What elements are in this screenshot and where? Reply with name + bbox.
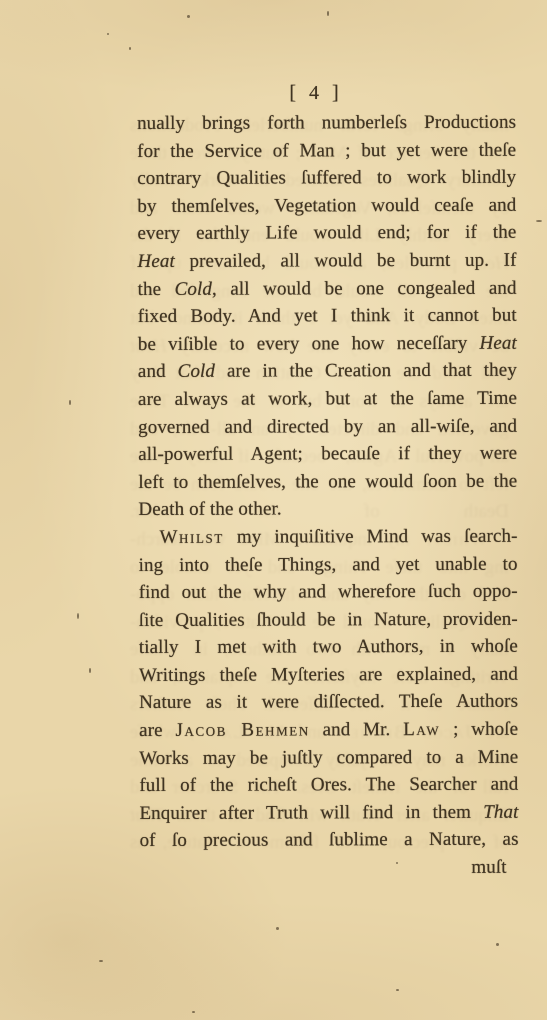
body-text: and [138, 361, 178, 382]
body-text: are [139, 720, 175, 741]
body-text: the [138, 278, 175, 299]
paper-speck [536, 220, 542, 222]
body-text: tially I met with two Authors, in whoſe [139, 636, 518, 658]
body-text: Nature as it were diſſected. Theſe Autho… [139, 691, 518, 713]
text-block: nually brings forth numberleſs Productio… [137, 109, 519, 883]
body-text: Writings theſe Myſteries are explained, … [139, 664, 518, 686]
text-line: be viſible to every one how neceſſary He… [138, 329, 517, 358]
text-line: and Cold are in the Creation and that th… [138, 357, 517, 386]
body-text: full of the richeſt Ores. The Searcher a… [139, 774, 518, 796]
body-text: every earthly Life would end; for if the [137, 222, 516, 244]
page-number: [ 4 ] [137, 82, 495, 105]
text-line: full of the richeſt Ores. The Searcher a… [139, 771, 518, 800]
body-text: left to themſelves, the one would ſoon b… [138, 470, 517, 492]
text-line: find out the why and wherefore ſuch oppo… [139, 578, 518, 607]
italic-text: Heat [479, 332, 516, 353]
body-text: by themſelves, Vegetation would ceaſe an… [137, 194, 516, 216]
body-text: prevailed, all would be burnt up. If [175, 250, 517, 272]
italic-text: Cold [175, 278, 212, 299]
body-text: , all would be one congealed and [212, 277, 517, 299]
paper-speck [89, 668, 91, 673]
text-line: ing into theſe Things, and yet unable to [139, 550, 518, 579]
body-text: ſite Qualities ſhould be in Nature, prov… [139, 608, 518, 630]
text-line: all-powerful Agent; becauſe if they were [138, 440, 517, 469]
body-text: find out the why and wherefore ſuch oppo… [139, 581, 518, 603]
body-text: be viſible to every one how neceſſary [138, 333, 480, 355]
text-line: Writings theſe Myſteries are explained, … [139, 661, 518, 690]
text-line: ſite Qualities ſhould be in Nature, prov… [139, 605, 518, 634]
paper-speck [69, 400, 71, 405]
body-text: ; whoſe [440, 719, 518, 740]
smallcaps-text: Whilst [159, 527, 223, 548]
body-text: Works may be juſtly compared to a Mine [139, 746, 518, 768]
paragraph: nually brings forth numberleſs Productio… [137, 109, 517, 524]
paper-speck [192, 1011, 195, 1013]
paper-speck [107, 33, 109, 35]
body-text: my inquiſitive Mind was ſearch- [224, 526, 518, 548]
text-line: nually brings forth numberleſs Productio… [137, 109, 516, 138]
body-text: ing into theſe Things, and yet unable to [139, 553, 518, 575]
smallcaps-text: Law [403, 719, 440, 740]
catchword-line: muſt [140, 854, 519, 883]
italic-text: Heat [137, 251, 174, 272]
paragraphs-container: nually brings forth numberleſs Productio… [137, 109, 519, 855]
paper-speck [396, 989, 399, 991]
text-line: left to themſelves, the one would ſoon b… [138, 467, 517, 496]
text-line: fixed Body. And yet I think it cannot bu… [138, 302, 517, 331]
smallcaps-text: Jacob Behmen [175, 719, 309, 740]
paragraph: Whilst my inquiſitive Mind was ſearch-in… [138, 523, 518, 855]
text-line: by themſelves, Vegetation would ceaſe an… [137, 191, 516, 220]
text-line: every earthly Life would end; for if the [137, 219, 516, 248]
text-line: Enquirer after Truth will find in them T… [139, 799, 518, 828]
text-line: Heat prevailed, all would be burnt up. I… [137, 247, 516, 276]
body-text: are always at work, but at the ſame Time [138, 388, 517, 410]
text-line: tially I met with two Authors, in whoſe [139, 633, 518, 662]
body-text: of ſo precious and ſublime a Nature, as [140, 829, 519, 851]
text-line: Works may be juſtly compared to a Mine [139, 743, 518, 772]
catchword: muſt [471, 857, 506, 878]
paper-speck [129, 47, 131, 50]
body-text: nually brings forth numberleſs Productio… [137, 112, 516, 134]
body-text: all-powerful Agent; becauſe if they were [138, 443, 517, 465]
text-line: Death of the other. [138, 495, 517, 524]
paper-speck [496, 943, 499, 946]
body-text: for the Service of Man ; but yet were th… [137, 139, 516, 161]
paper-speck [396, 862, 398, 864]
body-text: Enquirer after Truth will find in them [139, 802, 483, 824]
italic-text: That [483, 802, 518, 823]
text-line: contrary Qualities ſuffered to work blin… [137, 164, 516, 193]
paper-speck [187, 15, 190, 18]
paper-speck [276, 927, 279, 930]
text-line: Whilst my inquiſitive Mind was ſearch- [138, 523, 517, 552]
text-line: Nature as it were diſſected. Theſe Autho… [139, 688, 518, 717]
text-line: governed and directed by an all-wiſe, an… [138, 412, 517, 441]
italic-text: Cold [178, 361, 215, 382]
text-line: for the Service of Man ; but yet were th… [137, 136, 516, 165]
body-text: and Mr. [310, 719, 403, 740]
body-text: contrary Qualities ſuffered to work blin… [137, 167, 516, 189]
body-text: governed and directed by an all-wiſe, an… [138, 415, 517, 437]
paper-speck [99, 960, 103, 962]
paper-speck [327, 11, 329, 16]
text-line: are Jacob Behmen and Mr. Law ; whoſe [139, 716, 518, 745]
text-line: are always at work, but at the ſame Time [138, 385, 517, 414]
text-line: of ſo precious and ſublime a Nature, as [140, 826, 519, 855]
paper-speck [77, 613, 79, 619]
body-text: are in the Creation and that they [215, 360, 517, 382]
body-text: Death of the other. [138, 499, 281, 521]
book-page: nually brings forth numberleſs Productio… [0, 0, 547, 1020]
text-line: the Cold, all would be one congealed and [138, 274, 517, 303]
body-text: fixed Body. And yet I think it cannot bu… [138, 305, 517, 327]
